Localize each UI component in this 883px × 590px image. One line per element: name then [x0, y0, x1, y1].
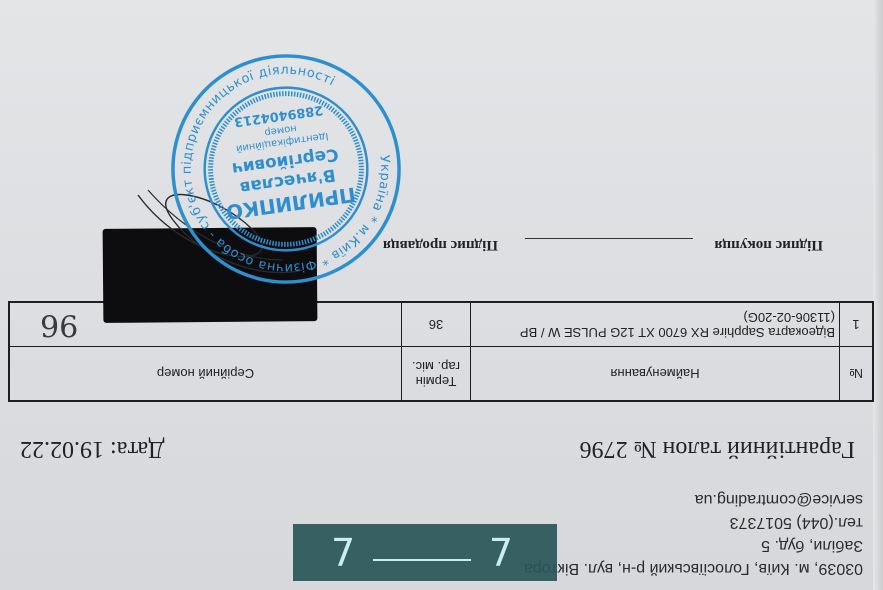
- official-stamp: Україна * м.Київ * Фізична особа - суб'є…: [152, 35, 421, 304]
- seller-address-block: 03039, м. Київ, Голосіївський р-н, вул. …: [524, 488, 863, 580]
- row-term: 36: [402, 302, 471, 347]
- page-separator: [373, 559, 471, 561]
- header-term: Термін гар. міс.: [402, 347, 471, 401]
- table-header-row: № Найменування Термін гар. міс. Серійний…: [9, 347, 873, 401]
- buyer-signature-line: [525, 238, 693, 239]
- header-no: №: [840, 347, 874, 401]
- page-current: 7: [331, 531, 355, 575]
- buyer-signature-label: Підпис покупця: [714, 236, 823, 253]
- row-name: Відеокарта Sapphire RX 6700 XT 12G PULSE…: [471, 302, 840, 347]
- header-serial: Серійний номер: [9, 347, 402, 401]
- row-no: 1: [840, 302, 874, 347]
- warranty-title: Гарантійний талон № 2796: [580, 436, 855, 462]
- email: service@comtrading.ua: [524, 488, 863, 511]
- warranty-date: Дата: 19.02.22: [20, 435, 165, 462]
- page-total: 7: [489, 531, 513, 575]
- document-photo: 03039, м. Київ, Голосіївський р-н, вул. …: [0, 0, 883, 590]
- address-line-2: Забіли, буд. 5: [524, 534, 863, 557]
- warranty-card-sheet: 03039, м. Київ, Голосіївський р-н, вул. …: [0, 0, 883, 590]
- page-counter-overlay: 7 7: [293, 524, 557, 581]
- title-row: Гарантійний талон № 2796 Дата: 19.02.22: [20, 435, 855, 462]
- header-name: Найменування: [471, 347, 840, 401]
- address-line-1: 03039, м. Київ, Голосіївський р-н, вул. …: [524, 557, 863, 580]
- phone: тел.(044) 5017373: [524, 511, 863, 534]
